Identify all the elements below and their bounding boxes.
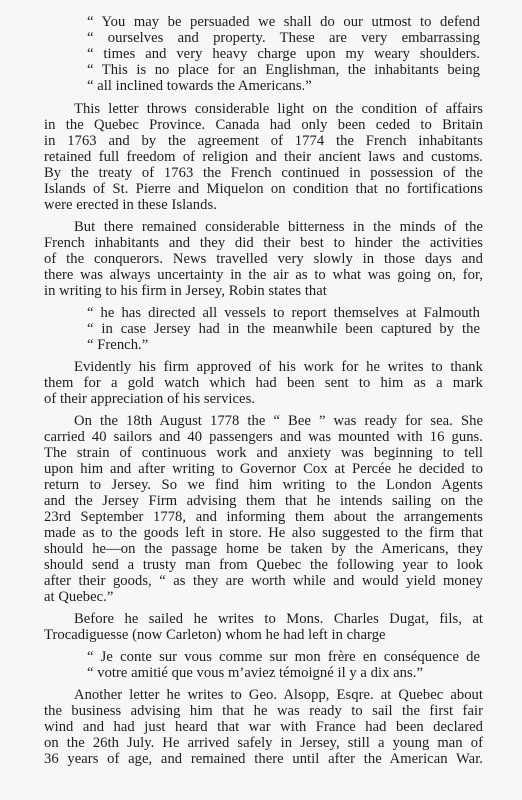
text-line: “ This is no place for an Englishman, th… — [87, 62, 480, 78]
text-line: wind and had just heard that war with Fr… — [44, 719, 483, 735]
text-line: French inhabitants and they did their be… — [44, 235, 483, 251]
text-line: return to Jersey. So we find him writing… — [44, 477, 483, 493]
text-line: carried 40 sailors and 40 passengers and… — [44, 429, 483, 445]
text-line: “ French.” — [87, 337, 480, 353]
text-line: The strain of continuous work and anxiet… — [44, 445, 483, 461]
text-line: were erected in these Islands. — [44, 197, 483, 213]
text-line: retained full freedom of religion and th… — [44, 149, 483, 165]
text-line: of the conquerors. News travelled very s… — [44, 251, 483, 267]
text-line: there was always uncertainty in the air … — [44, 267, 483, 283]
text-line: after their goods, “ as they are worth w… — [44, 573, 483, 589]
text-line: Another letter he writes to Geo. Alsopp,… — [74, 687, 483, 703]
text-line: “ You may be persuaded we shall do our u… — [87, 14, 480, 30]
text-line: the business advising him that he was re… — [44, 703, 483, 719]
text-line: Evidently his firm approved of his work … — [74, 359, 483, 375]
text-line: Trocadiguesse (now Carleton) whom he had… — [44, 627, 483, 643]
text-line: “ he has directed all vessels to report … — [87, 305, 480, 321]
text-line: them for a gold watch which had been sen… — [44, 375, 483, 391]
text-line: “ times and very heavy charge upon my we… — [87, 46, 480, 62]
text-line: should send a trusty man from Quebec the… — [44, 557, 483, 573]
text-line: “ in case Jersey had in the meanwhile be… — [87, 321, 480, 337]
text-line: This letter throws considerable light on… — [74, 101, 483, 117]
text-line: “ Je conte sur vous comme sur mon frère … — [87, 649, 480, 665]
text-line: By the treaty of 1763 the French continu… — [44, 165, 483, 181]
text-line: Islands of St. Pierre and Miquelon on co… — [44, 181, 483, 197]
text-line: made as to the goods left in store. He a… — [44, 525, 483, 541]
text-line: should he—on the passage home be taken b… — [44, 541, 483, 557]
text-line: But there remained considerable bitterne… — [74, 219, 483, 235]
text-line: On the 18th August 1778 the “ Bee ” was … — [74, 413, 483, 429]
text-line: “ votre amitié que vous m’aviez témoigné… — [87, 665, 480, 681]
text-line: “ all inclined towards the Americans.” — [87, 78, 480, 94]
document-page: “ You may be persuaded we shall do our u… — [0, 0, 522, 800]
text-line: in writing to his firm in Jersey, Robin … — [44, 283, 483, 299]
text-line: in the Quebec Province. Canada had only … — [44, 117, 483, 133]
text-line: and the Jersey Firm advising them that h… — [44, 493, 483, 509]
text-line: 23rd September 1778, and informing them … — [44, 509, 483, 525]
text-line: on the 26th July. He arrived safely in J… — [44, 735, 483, 751]
text-line: 36 years of age, and remained there unti… — [44, 751, 483, 767]
text-line: in 1763 and by the agreement of 1774 the… — [44, 133, 483, 149]
text-line: upon him and after writing to Governor C… — [44, 461, 483, 477]
text-line: at Quebec.” — [44, 589, 483, 605]
text-line: “ ourselves and property. These are very… — [87, 30, 480, 46]
text-line: Before he sailed he writes to Mons. Char… — [74, 611, 483, 627]
text-line: of their appreciation of his services. — [44, 391, 483, 407]
